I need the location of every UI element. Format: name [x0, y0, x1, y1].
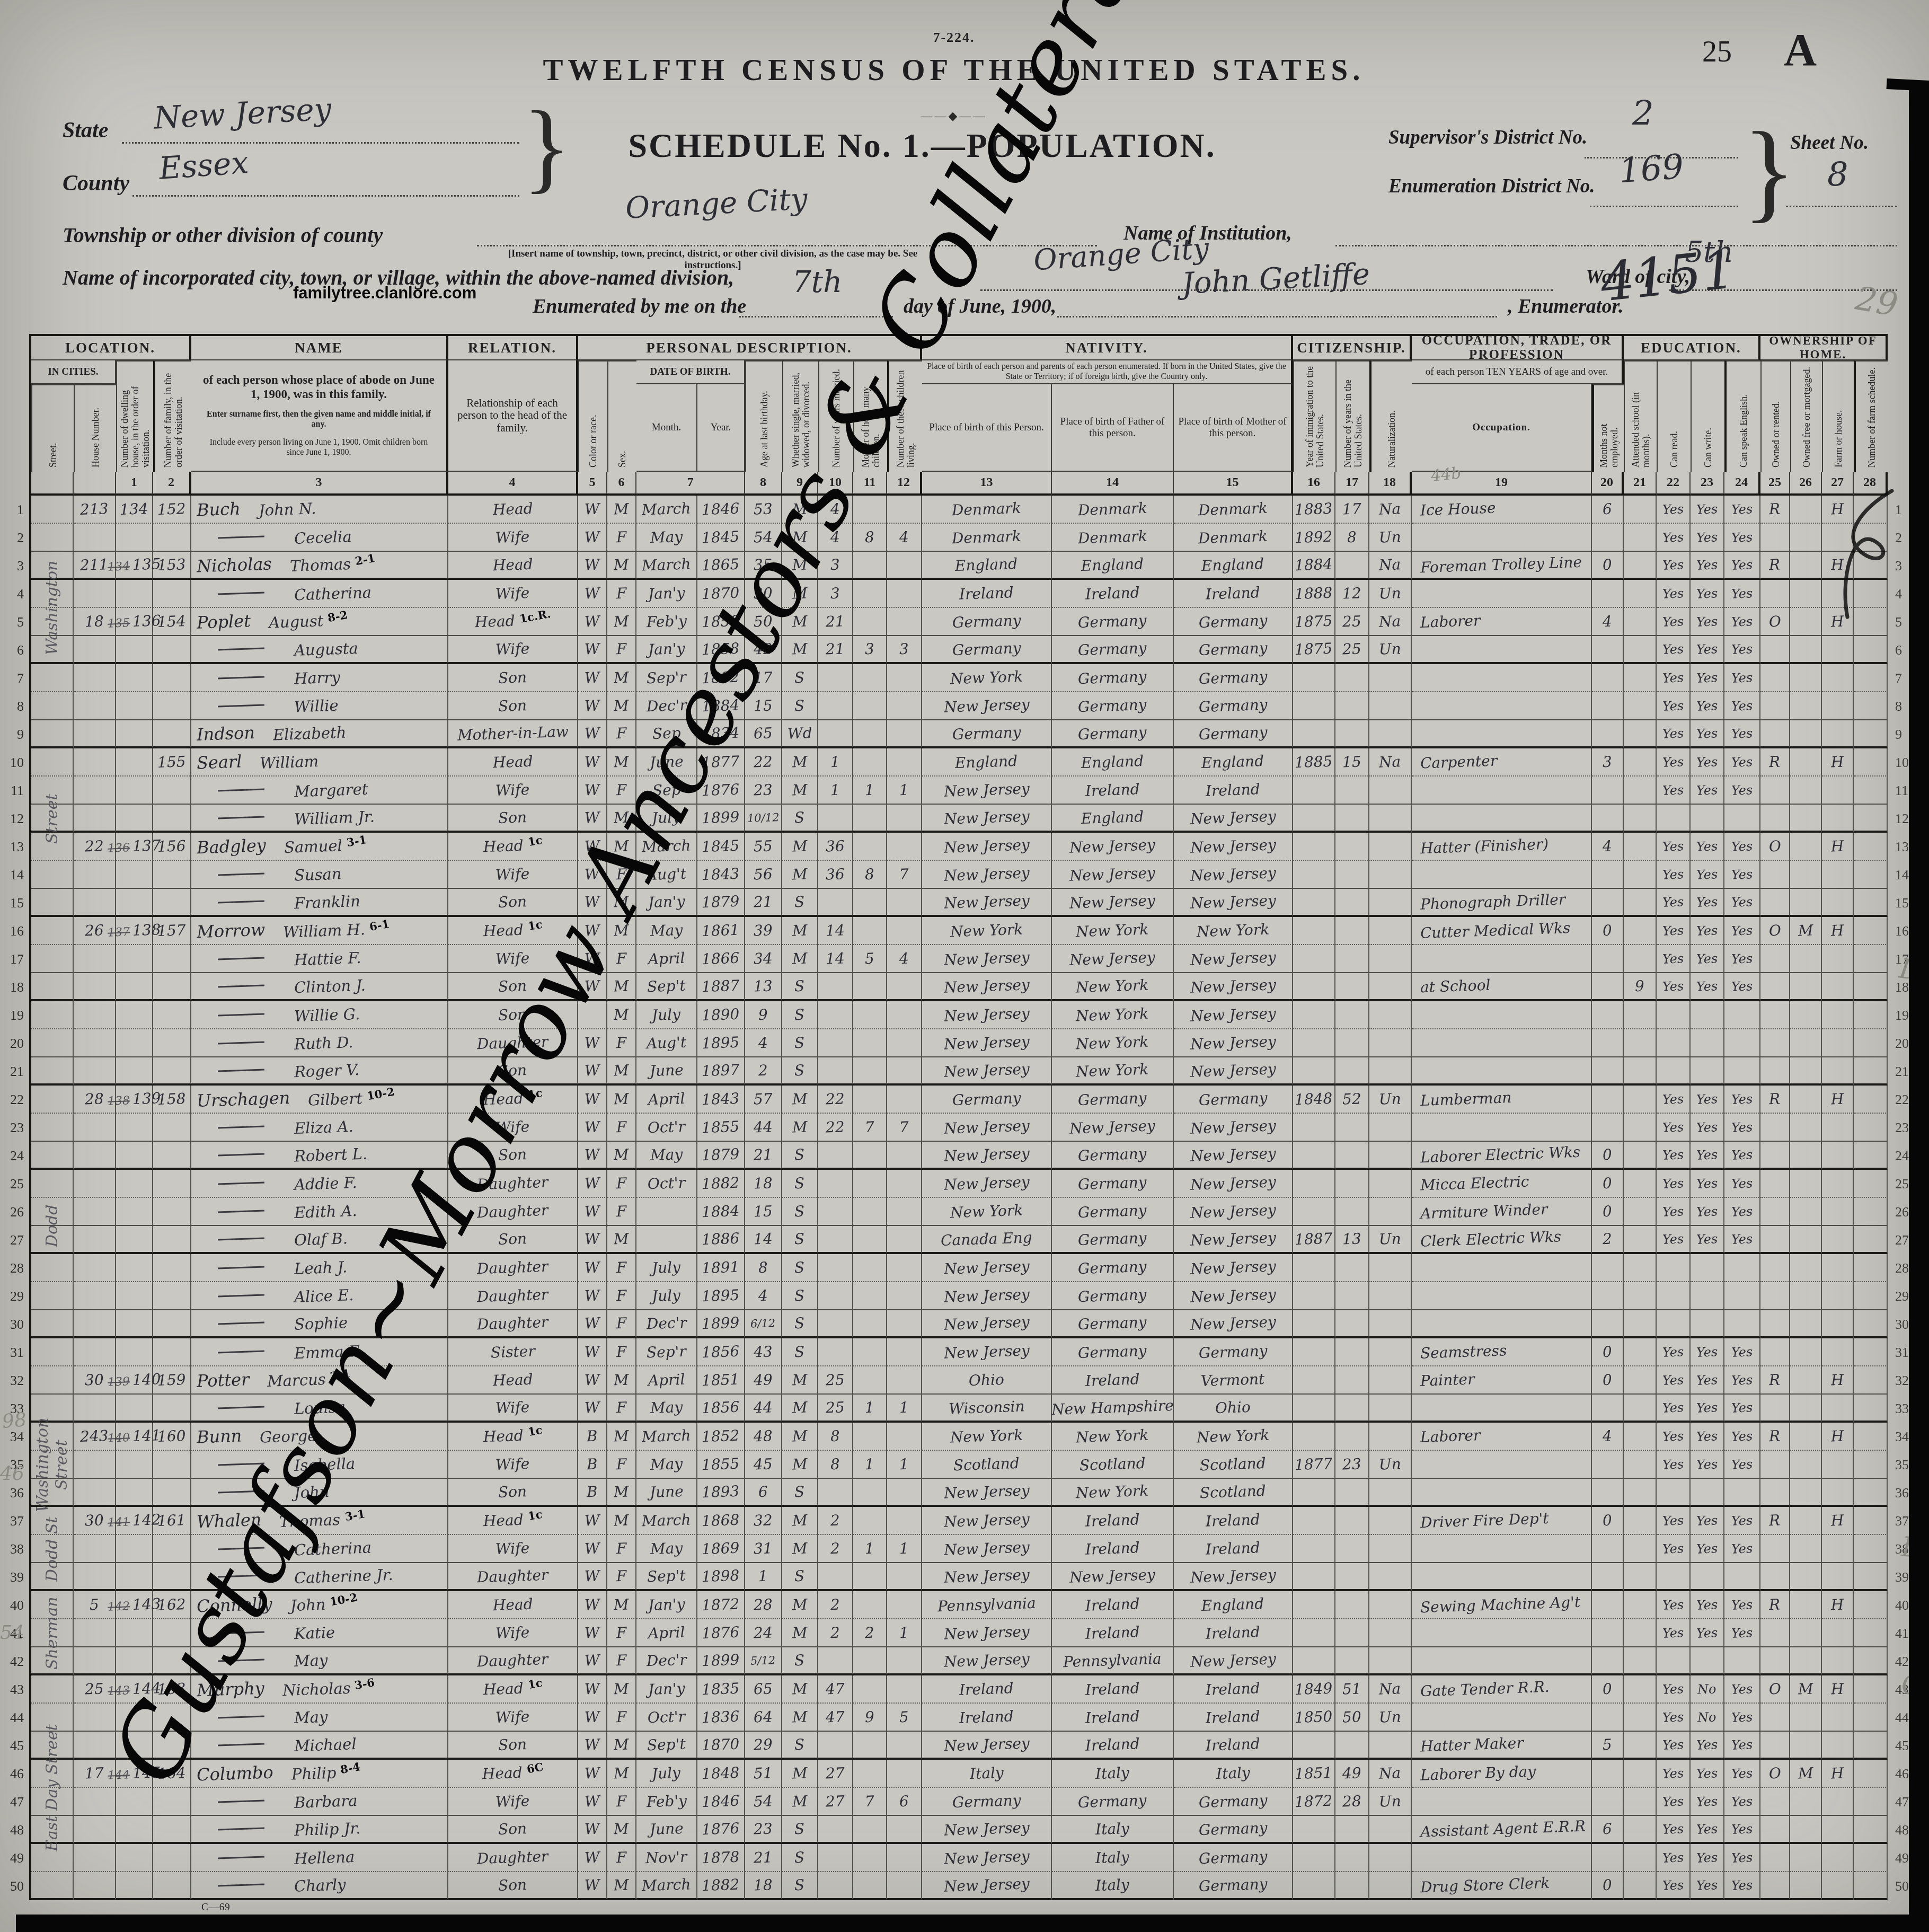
row-number-left: 14 — [7, 861, 31, 889]
row-46-name: ColumboPhilip8-4 — [191, 1760, 448, 1788]
row-number-left: 12 — [7, 805, 31, 833]
right-brace: } — [1742, 116, 1796, 227]
row-40-cl — [887, 1591, 922, 1619]
row-24-ow — [1760, 1142, 1790, 1170]
row-7-ym — [818, 664, 853, 692]
row-16-wr: Yes — [1691, 917, 1724, 945]
row-33-oc — [1412, 1395, 1592, 1423]
row-6-ym: 21 — [818, 636, 853, 664]
row-34-bm: New York — [1174, 1423, 1293, 1451]
row-30-cl — [887, 1310, 922, 1338]
row-21-c: W — [578, 1057, 607, 1086]
row-42-mo: Dec'r — [636, 1647, 697, 1675]
row-37-bf: Ireland — [1052, 1507, 1174, 1535]
row-37-fs — [1854, 1507, 1888, 1535]
row-29-x: F — [607, 1282, 636, 1310]
row-10-oc: Carpenter — [1412, 748, 1592, 777]
row-49-d — [116, 1844, 153, 1872]
enumeration-value: 169 — [1618, 147, 1685, 191]
row-32-im — [1293, 1366, 1335, 1395]
row-45-fh — [1822, 1732, 1854, 1760]
row-20-ym — [818, 1029, 853, 1057]
row-13-im — [1293, 833, 1335, 861]
row-36-fh — [1822, 1479, 1854, 1507]
row-28-x: F — [607, 1254, 636, 1282]
row-15-oc: Phonograph Driller — [1412, 889, 1592, 917]
row-7-bf: Germany — [1052, 664, 1174, 692]
row-3-mo: March — [636, 552, 697, 580]
row-10-yu: 15 — [1335, 748, 1369, 777]
row-29-fh — [1822, 1282, 1854, 1310]
row-11-en: Yes — [1724, 777, 1760, 805]
row-8-yu — [1335, 692, 1369, 720]
row-32-bp: Ohio — [922, 1366, 1052, 1395]
row-30-na — [1369, 1310, 1412, 1338]
row-41-im — [1293, 1619, 1335, 1647]
row-4-cl — [887, 580, 922, 608]
row-34-sc — [1624, 1423, 1657, 1451]
row-6-cl: 3 — [887, 636, 922, 664]
row-31-na — [1369, 1338, 1412, 1366]
row-50-mo: March — [636, 1872, 697, 1900]
row-27-yr: 1886 — [697, 1226, 745, 1254]
row-45-im — [1293, 1732, 1335, 1760]
row-47-bp: Germany — [922, 1788, 1052, 1816]
row-49-bp: New Jersey — [922, 1844, 1052, 1872]
row-36-cl — [887, 1479, 922, 1507]
row-1-h: 213 — [74, 496, 116, 524]
row-13-m: M — [782, 833, 818, 861]
row-25-mo: Oct'r — [636, 1170, 697, 1198]
row-28-mo: July — [636, 1254, 697, 1282]
row-30-bm: New Jersey — [1174, 1310, 1293, 1338]
row-42-m: S — [782, 1647, 818, 1675]
row-13-oc: Hatter (Finisher) — [1412, 833, 1592, 861]
row-49-rel: Daughter — [448, 1844, 578, 1872]
row-12-ow — [1760, 805, 1790, 833]
row-21-cl — [887, 1057, 922, 1086]
row-14-na — [1369, 861, 1412, 889]
row-17-f — [153, 945, 191, 973]
row-27-im: 1887 — [1293, 1226, 1335, 1254]
row-14-h — [74, 861, 116, 889]
row-24-yu — [1335, 1142, 1369, 1170]
row-4-bp: Ireland — [922, 580, 1052, 608]
row-48-wr: Yes — [1691, 1816, 1724, 1844]
row-43-bf: Ireland — [1052, 1675, 1174, 1704]
row-number-left: 19 — [7, 1001, 31, 1029]
row-38-om — [1790, 1535, 1822, 1563]
row-18-mn — [1592, 973, 1624, 1001]
row-37-ym: 2 — [818, 1507, 853, 1535]
header-occupation-group: OCCUPATION, TRADE, OR PROFESSION — [1412, 334, 1624, 360]
row-11-om — [1790, 777, 1822, 805]
row-18-wr: Yes — [1691, 973, 1724, 1001]
header-attended-school: Attended school (in months). — [1624, 360, 1657, 472]
row-40-ag: 28 — [745, 1591, 782, 1619]
row-7-oc — [1412, 664, 1592, 692]
row-28-fs — [1854, 1254, 1888, 1282]
row-32-yu — [1335, 1366, 1369, 1395]
header-nativity: NATIVITY. — [922, 334, 1293, 360]
row-32-bf: Ireland — [1052, 1366, 1174, 1395]
row-43-m: M — [782, 1675, 818, 1704]
row-22-bp: Germany — [922, 1086, 1052, 1114]
row-12-mn — [1592, 805, 1624, 833]
row-26-en: Yes — [1724, 1198, 1760, 1226]
row-24-fh — [1822, 1142, 1854, 1170]
row-33-na — [1369, 1395, 1412, 1423]
row-17-mc: 5 — [853, 945, 887, 973]
row-4-mo: Jan'y — [636, 580, 697, 608]
row-48-ag: 23 — [745, 1816, 782, 1844]
row-32-mo: April — [636, 1366, 697, 1395]
row-49-mc — [853, 1844, 887, 1872]
row-35-wr: Yes — [1691, 1451, 1724, 1479]
row-1-x: M — [607, 496, 636, 524]
row-42-ow — [1760, 1647, 1790, 1675]
row-20-en — [1724, 1029, 1760, 1057]
row-21-mo: June — [636, 1057, 697, 1086]
row-49-name: Hellena — [191, 1844, 448, 1872]
row-43-bp: Ireland — [922, 1675, 1052, 1704]
row-28-d — [116, 1254, 153, 1282]
row-48-m: S — [782, 1816, 818, 1844]
row-31-fs — [1854, 1338, 1888, 1366]
row-23-ow — [1760, 1114, 1790, 1142]
row-28-bm: New Jersey — [1174, 1254, 1293, 1282]
row-20-d — [116, 1029, 153, 1057]
row-5-ym: 21 — [818, 608, 853, 636]
row-22-bm: Germany — [1174, 1086, 1293, 1114]
row-13-ag: 55 — [745, 833, 782, 861]
row-9-rel: Mother-in-Law — [448, 720, 578, 748]
row-27-yu: 13 — [1335, 1226, 1369, 1254]
row-3-rel: Head — [448, 552, 578, 580]
row-22-yr: 1843 — [697, 1086, 745, 1114]
row-12-fs — [1854, 805, 1888, 833]
row-25-ag: 18 — [745, 1170, 782, 1198]
row-3-im: 1884 — [1293, 552, 1335, 580]
row-25-fs — [1854, 1170, 1888, 1198]
row-30-mc — [853, 1310, 887, 1338]
row-15-st — [31, 889, 74, 917]
row-35-c: B — [578, 1451, 607, 1479]
row-38-c: W — [578, 1535, 607, 1563]
row-9-c: W — [578, 720, 607, 748]
colnum-5: 5 — [578, 472, 607, 496]
row-41-bm: Ireland — [1174, 1619, 1293, 1647]
row-30-mo: Dec'r — [636, 1310, 697, 1338]
row-6-mn — [1592, 636, 1624, 664]
row-17-st — [31, 945, 74, 973]
township-label: Township or other division of county — [63, 223, 383, 248]
row-11-bf: Ireland — [1052, 777, 1174, 805]
row-30-ow — [1760, 1310, 1790, 1338]
row-14-ow — [1760, 861, 1790, 889]
row-18-fh — [1822, 973, 1854, 1001]
row-18-yu — [1335, 973, 1369, 1001]
row-27-rd: Yes — [1657, 1226, 1691, 1254]
row-24-rd: Yes — [1657, 1142, 1691, 1170]
row-32-rd: Yes — [1657, 1366, 1691, 1395]
row-33-fs — [1854, 1395, 1888, 1423]
row-34-om — [1790, 1423, 1822, 1451]
row-16-st — [31, 917, 74, 945]
row-22-x: M — [607, 1086, 636, 1114]
row-27-h — [74, 1226, 116, 1254]
row-3-d: 134135 — [116, 552, 153, 580]
row-42-mc — [853, 1647, 887, 1675]
row-34-ag: 48 — [745, 1423, 782, 1451]
row-37-f: 161 — [153, 1507, 191, 1535]
row-8-c: W — [578, 692, 607, 720]
row-8-mn — [1592, 692, 1624, 720]
row-40-om — [1790, 1591, 1822, 1619]
row-2-yu: 8 — [1335, 524, 1369, 552]
row-42-na — [1369, 1647, 1412, 1675]
row-12-en — [1724, 805, 1760, 833]
row-37-om — [1790, 1507, 1822, 1535]
row-30-fs — [1854, 1310, 1888, 1338]
colnum-20: 20 — [1592, 472, 1624, 496]
row-32-c: W — [578, 1366, 607, 1395]
row-23-bm: New Jersey — [1174, 1114, 1293, 1142]
enumerator-line — [1057, 316, 1497, 317]
row-47-om — [1790, 1788, 1822, 1816]
row-49-en: Yes — [1724, 1844, 1760, 1872]
row-45-ym — [818, 1732, 853, 1760]
row-6-mc: 3 — [853, 636, 887, 664]
row-46-mc — [853, 1760, 887, 1788]
row-21-im — [1293, 1057, 1335, 1086]
row-7-wr: Yes — [1691, 664, 1724, 692]
row-19-en — [1724, 1001, 1760, 1029]
row-26-yr: 1884 — [697, 1198, 745, 1226]
row-16-im — [1293, 917, 1335, 945]
row-13-name: BadgleySamuel3-1 — [191, 833, 448, 861]
row-42-bf: Pennsylvania — [1052, 1647, 1174, 1675]
row-23-mc: 7 — [853, 1114, 887, 1142]
row-number-left: 17 — [7, 945, 31, 973]
row-47-ow — [1760, 1788, 1790, 1816]
row-9-oc — [1412, 720, 1592, 748]
row-43-cl — [887, 1675, 922, 1704]
row-33-ym: 25 — [818, 1395, 853, 1423]
row-41-rd: Yes — [1657, 1619, 1691, 1647]
row-8-m: S — [782, 692, 818, 720]
row-29-m: S — [782, 1282, 818, 1310]
row-21-name: Roger V. — [191, 1057, 448, 1086]
row-39-yr: 1898 — [697, 1563, 745, 1591]
row-41-cl: 1 — [887, 1619, 922, 1647]
row-49-im — [1293, 1844, 1335, 1872]
row-13-bf: New Jersey — [1052, 833, 1174, 861]
row-36-ym — [818, 1479, 853, 1507]
row-47-fh — [1822, 1788, 1854, 1816]
row-13-rd: Yes — [1657, 833, 1691, 861]
row-45-c: W — [578, 1732, 607, 1760]
header-relation: RELATION. — [448, 334, 578, 360]
row-17-yu — [1335, 945, 1369, 973]
colnum-24: 24 — [1724, 472, 1760, 496]
row-2-wr: Yes — [1691, 524, 1724, 552]
row-44-na: Un — [1369, 1704, 1412, 1732]
row-24-h — [74, 1142, 116, 1170]
row-24-f — [153, 1142, 191, 1170]
row-3-yu — [1335, 552, 1369, 580]
row-35-x: F — [607, 1451, 636, 1479]
row-26-cl — [887, 1198, 922, 1226]
row-42-oc — [1412, 1647, 1592, 1675]
row-35-en: Yes — [1724, 1451, 1760, 1479]
row-12-cl — [887, 805, 922, 833]
row-47-rd: Yes — [1657, 1788, 1691, 1816]
row-45-m: S — [782, 1732, 818, 1760]
row-4-rd: Yes — [1657, 580, 1691, 608]
row-33-sc — [1624, 1395, 1657, 1423]
row-24-na — [1369, 1142, 1412, 1170]
street-name-overlay: Dodd St — [31, 1507, 74, 1591]
row-15-bm: New Jersey — [1174, 889, 1293, 917]
row-29-im — [1293, 1282, 1335, 1310]
row-47-yu: 28 — [1335, 1788, 1369, 1816]
row-30-d — [116, 1310, 153, 1338]
row-19-mc — [853, 1001, 887, 1029]
row-27-bf: Germany — [1052, 1226, 1174, 1254]
row-47-name: Barbara — [191, 1788, 448, 1816]
header-owned-rented: Owned or rented. — [1760, 360, 1790, 472]
row-1-sc — [1624, 496, 1657, 524]
row-33-cl: 1 — [887, 1395, 922, 1423]
row-4-h — [74, 580, 116, 608]
header-date-of-birth: DATE OF BIRTH. — [636, 360, 745, 384]
row-20-rd — [1657, 1029, 1691, 1057]
colnum-house — [74, 472, 116, 496]
header-relation-description: Relationship of each person to the head … — [448, 360, 578, 472]
row-13-cl — [887, 833, 922, 861]
scan-edge-bottom — [16, 1915, 1929, 1932]
header-can-read: Can read. — [1657, 360, 1691, 472]
row-39-mc — [853, 1563, 887, 1591]
row-4-ow — [1760, 580, 1790, 608]
row-48-ym — [818, 1816, 853, 1844]
row-17-om — [1790, 945, 1822, 973]
row-29-yr: 1895 — [697, 1282, 745, 1310]
census-title: TWELFTH CENSUS OF THE UNITED STATES. — [0, 53, 1908, 87]
row-21-oc — [1412, 1057, 1592, 1086]
row-27-mc — [853, 1226, 887, 1254]
row-34-mc — [853, 1423, 887, 1451]
row-45-mc — [853, 1732, 887, 1760]
row-10-wr: Yes — [1691, 748, 1724, 777]
street-name-overlay: Dodd — [31, 1086, 74, 1366]
county-line — [132, 195, 519, 197]
row-30-rel: Daughter — [448, 1310, 578, 1338]
row-22-rd: Yes — [1657, 1086, 1691, 1114]
row-15-fh — [1822, 889, 1854, 917]
row-47-rel: Wife — [448, 1788, 578, 1816]
row-14-ag: 56 — [745, 861, 782, 889]
row-2-cl: 4 — [887, 524, 922, 552]
row-7-bp: New York — [922, 664, 1052, 692]
row-14-fh — [1822, 861, 1854, 889]
row-19-x: M — [607, 1001, 636, 1029]
row-18-bf: New York — [1052, 973, 1174, 1001]
row-29-mo: July — [636, 1282, 697, 1310]
enumerated-label: Enumerated by me on the — [533, 295, 746, 318]
row-number-left: 30 — [7, 1310, 31, 1338]
row-2-bf: Denmark — [1052, 524, 1174, 552]
row-43-fs — [1854, 1675, 1888, 1704]
row-18-fs — [1854, 973, 1888, 1001]
row-8-ym — [818, 692, 853, 720]
row-19-d — [116, 1001, 153, 1029]
row-39-im — [1293, 1563, 1335, 1591]
row-35-ym: 8 — [818, 1451, 853, 1479]
row-34-mn: 4 — [1592, 1423, 1624, 1451]
row-43-mn: 0 — [1592, 1675, 1624, 1704]
row-39-sc — [1624, 1563, 1657, 1591]
row-16-cl — [887, 917, 922, 945]
row-49-f — [153, 1844, 191, 1872]
row-24-ag: 21 — [745, 1142, 782, 1170]
row-31-oc: Seamstress — [1412, 1338, 1592, 1366]
row-9-f — [153, 720, 191, 748]
row-30-ym — [818, 1310, 853, 1338]
row-18-rd: Yes — [1657, 973, 1691, 1001]
row-14-d — [116, 861, 153, 889]
row-26-d — [116, 1198, 153, 1226]
row-21-na — [1369, 1057, 1412, 1086]
row-12-sc — [1624, 805, 1657, 833]
row-36-ag: 6 — [745, 1479, 782, 1507]
row-32-sc — [1624, 1366, 1657, 1395]
row-38-mc: 1 — [853, 1535, 887, 1563]
row-6-en: Yes — [1724, 636, 1760, 664]
row-number-left: 11 — [7, 777, 31, 805]
row-50-oc: Drug Store Clerk — [1412, 1872, 1592, 1900]
street-name-overlay: Sherman — [31, 1591, 74, 1675]
row-46-oc: Laborer By day — [1412, 1760, 1592, 1788]
row-34-m: M — [782, 1423, 818, 1451]
row-17-h — [74, 945, 116, 973]
row-21-fh — [1822, 1057, 1854, 1086]
row-19-bm: New Jersey — [1174, 1001, 1293, 1029]
row-12-m: S — [782, 805, 818, 833]
row-46-c: W — [578, 1760, 607, 1788]
header-house-number: House Number. — [74, 384, 116, 472]
row-29-mc — [853, 1282, 887, 1310]
row-39-bm: New Jersey — [1174, 1563, 1293, 1591]
row-48-f — [153, 1816, 191, 1844]
row-16-fs — [1854, 917, 1888, 945]
row-22-c: W — [578, 1086, 607, 1114]
header-family-number: Number of family, in the order of visita… — [153, 360, 191, 472]
row-25-mn: 0 — [1592, 1170, 1624, 1198]
row-39-om — [1790, 1563, 1822, 1591]
row-25-fh — [1822, 1170, 1854, 1198]
row-16-yr: 1861 — [697, 917, 745, 945]
row-42-sc — [1624, 1647, 1657, 1675]
row-14-mc: 8 — [853, 861, 887, 889]
row-13-bp: New Jersey — [922, 833, 1052, 861]
row-34-fh: H — [1822, 1423, 1854, 1451]
row-33-mc: 1 — [853, 1395, 887, 1423]
row-32-ow: R — [1760, 1366, 1790, 1395]
row-12-rd — [1657, 805, 1691, 833]
row-36-f — [153, 1479, 191, 1507]
